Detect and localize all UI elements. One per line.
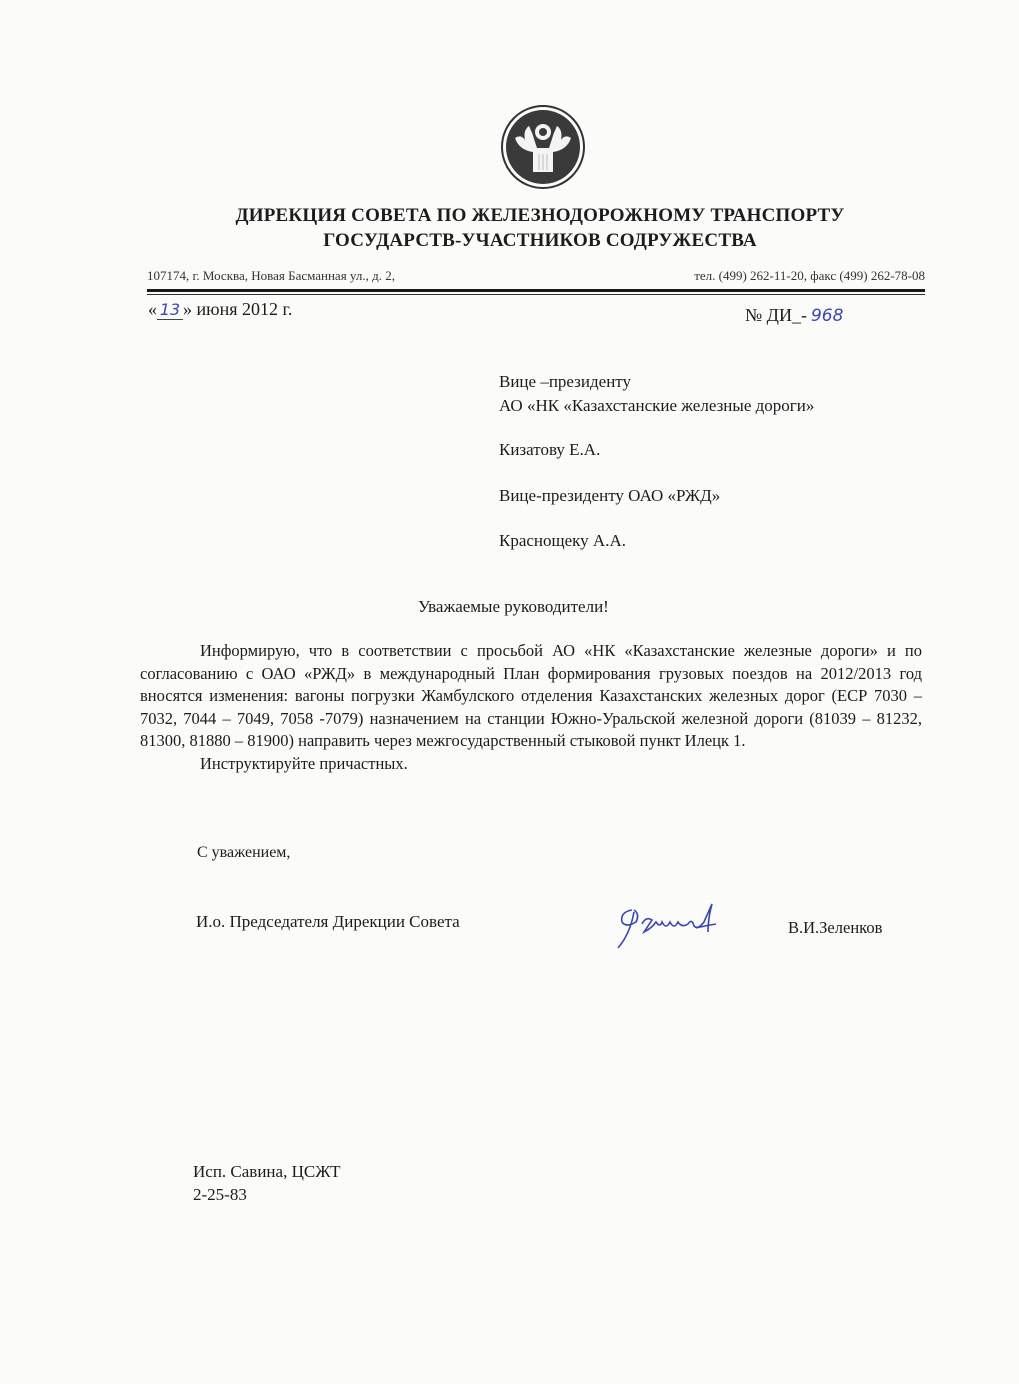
letter-page: ДИРЕКЦИЯ СОВЕТА ПО ЖЕЛЕЗНОДОРОЖНОМУ ТРАН…	[0, 0, 1019, 1384]
body-instruction: Инструктируйте причастных.	[200, 753, 922, 776]
addressee-line: АО «НК «Казахстанские железные дороги»	[499, 396, 814, 416]
executor-phone: 2-25-83	[193, 1183, 341, 1206]
executor-info: Исп. Савина, ЦСЖТ 2-25-83	[193, 1160, 341, 1206]
document-number: № ДИ_-968	[745, 305, 843, 326]
closing-regards: С уважением,	[197, 844, 290, 862]
org-title-line1: ДИРЕКЦИЯ СОВЕТА ПО ЖЕЛЕЗНОДОРОЖНОМУ ТРАН…	[190, 205, 890, 227]
doc-number-handwritten: 968	[811, 306, 843, 326]
signer-position: И.о. Председателя Дирекции Совета	[196, 912, 460, 932]
addressee-line: Вице –президенту	[499, 372, 631, 392]
header-rule-thin	[147, 294, 925, 295]
signer-name: В.И.Зеленков	[788, 918, 882, 938]
org-title-line2: ГОСУДАРСТВ-УЧАСТНИКОВ СОДРУЖЕСТВА	[190, 230, 890, 252]
addressee-line: Вице-президенту ОАО «РЖД»	[499, 486, 720, 506]
doc-number-separator: _-	[792, 305, 807, 325]
date-rest: » июня 2012 г.	[183, 299, 292, 319]
org-phone: тел. (499) 262-11-20, факс (499) 262-78-…	[694, 268, 925, 284]
org-address: 107174, г. Москва, Новая Басманная ул., …	[147, 268, 395, 284]
letter-date: «13» июня 2012 г.	[148, 299, 292, 320]
addressee-line: Краснощеку А.А.	[499, 531, 626, 551]
greeting: Уважаемые руководители!	[418, 597, 609, 617]
addressee-line: Кизатову Е.А.	[499, 440, 600, 460]
date-open-quote: «	[148, 299, 157, 319]
executor-name: Исп. Савина, ЦСЖТ	[193, 1160, 341, 1183]
date-day-handwritten: 13	[157, 300, 183, 320]
letter-body: Информирую, что в соответствии с просьбо…	[140, 640, 922, 776]
header-rule-thick	[147, 289, 925, 292]
handwritten-signature-icon	[612, 898, 732, 953]
cis-emblem-icon	[499, 104, 587, 190]
doc-number-prefix: № ДИ	[745, 305, 792, 325]
body-paragraph: Информирую, что в соответствии с просьбо…	[140, 640, 922, 753]
